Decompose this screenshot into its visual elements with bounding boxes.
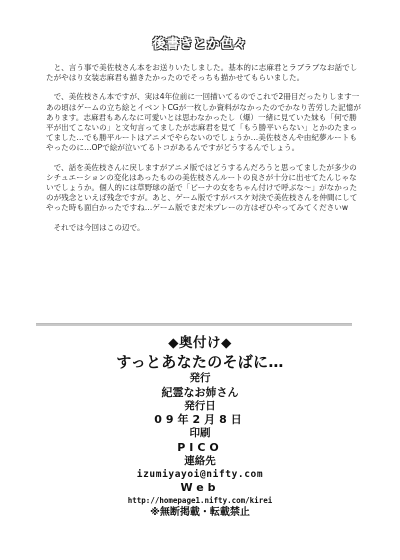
web-url[interactable]: http://homepage1.nifty.com/kirei <box>0 495 400 506</box>
date-label: 発行日 <box>0 400 400 414</box>
paragraph: それでは今回はこの辺で。 <box>46 223 362 233</box>
colophon-heading: ◆奥付け◆ <box>0 335 400 352</box>
printer-label: 印刷 <box>0 427 400 441</box>
printer-value: PICO <box>0 441 400 455</box>
paragraph: で、美佐枝さん本ですが、実は4年位前に一回描いてるのでこれで2冊目だったりします… <box>46 92 362 153</box>
publisher-value: 紀霊なお姉さん <box>0 386 400 400</box>
section-divider <box>36 323 352 326</box>
web-label: Web <box>0 481 400 495</box>
page-title: 後書きとか色々 <box>0 33 400 52</box>
paragraph: と、言う事で美佐枝さん本をお送りいたしました。基本的に志麻君とラブラブなお話でし… <box>46 63 362 83</box>
publisher-label: 発行 <box>0 372 400 386</box>
date-value: 09年2月8日 <box>0 413 400 427</box>
colophon: ◆奥付け◆ すっとあなたのそばに… 発行 紀霊なお姉さん 発行日 09年2月8日… <box>0 335 400 519</box>
book-title: すっとあなたのそばに… <box>0 352 400 372</box>
copyright-notice: ※無断掲載・転載禁止 <box>0 506 400 519</box>
contact-label: 連絡先 <box>0 455 400 469</box>
paragraph: で、話を美佐枝さんに戻しますがアニメ版ではどうするんだろうと思ってましたが多少の… <box>46 163 362 214</box>
afterword-body: と、言う事で美佐枝さん本をお送りいたしました。基本的に志麻君とラブラブなお話でし… <box>46 63 362 242</box>
contact-email[interactable]: izumiyayoi@nifty.com <box>0 468 400 481</box>
